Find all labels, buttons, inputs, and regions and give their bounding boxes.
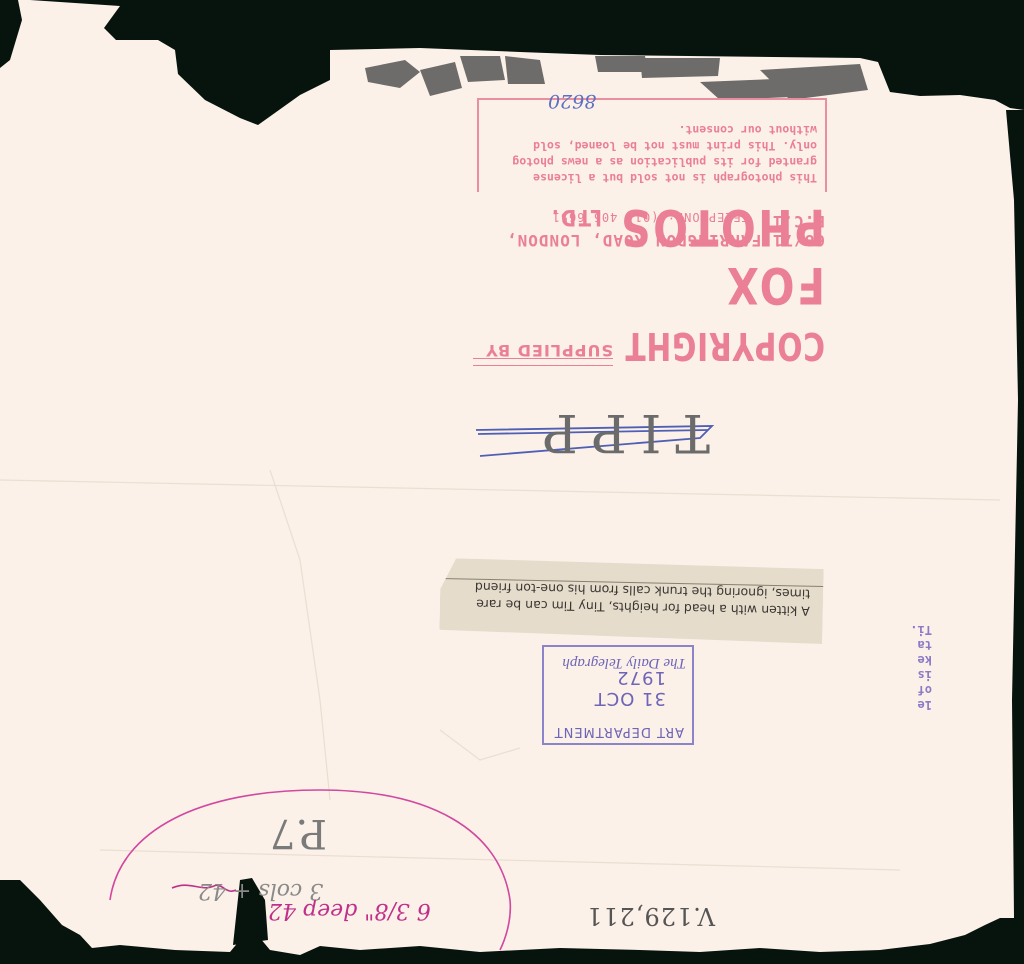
typed-fragment-line: of — [908, 682, 932, 697]
handwritten-reference-number: 8620 — [548, 90, 596, 112]
clipping-caption: A kitten with a head for heights, Tiny T… — [450, 578, 811, 620]
art-department-date-stamp: ART DEPARTMENT 31 OCT 1972 The Daily Tel… — [542, 645, 694, 745]
license-notice: This photograph is not sold but a licens… — [477, 98, 827, 192]
stamp-date: 31 OCT 1972 — [544, 667, 666, 709]
copyright-heading: COPYRIGHT — [625, 324, 825, 368]
typed-fragment-line: Ti. — [908, 622, 932, 637]
crossed-out-pencil-code: TIPP — [480, 402, 710, 462]
typed-fragment-line: ke — [908, 652, 932, 667]
notice-line: granted for its publication as a news ph… — [485, 154, 817, 170]
notice-line: without our consent. — [485, 122, 817, 138]
typed-fragment-line: 1e — [908, 697, 932, 712]
newspaper-caption-clipping: A kitten with a head for heights, Tiny T… — [439, 558, 824, 644]
typed-text-fragment: 1e of is ke ta Ti. — [908, 622, 932, 712]
magenta-size-note: 6 3/8" deep 42 — [268, 898, 431, 923]
notice-line: only. This print must not be loaned, sol… — [485, 138, 817, 154]
fox-photos-copyright-stamp: COPYRIGHT SUPPLIED BY FOX PHOTOS LTD. 68… — [470, 88, 825, 368]
notice-line: This photograph is not sold but a licens… — [485, 170, 817, 186]
photo-back-scene: COPYRIGHT SUPPLIED BY FOX PHOTOS LTD. 68… — [0, 0, 1024, 964]
typed-fragment-line: ta — [908, 637, 932, 652]
pencil-archive-id: V.129,211 — [586, 902, 715, 930]
company-telephone: TELEPHONE: (01) 405 6651 — [552, 210, 749, 224]
pencil-page-note: P.7 — [270, 810, 327, 856]
newspaper-name: The Daily Telegraph — [562, 654, 686, 671]
supplied-by-label: SUPPLIED BY — [485, 341, 613, 360]
typed-fragment-line: is — [908, 667, 932, 682]
art-department-label: ART DEPARTMENT — [554, 724, 684, 739]
